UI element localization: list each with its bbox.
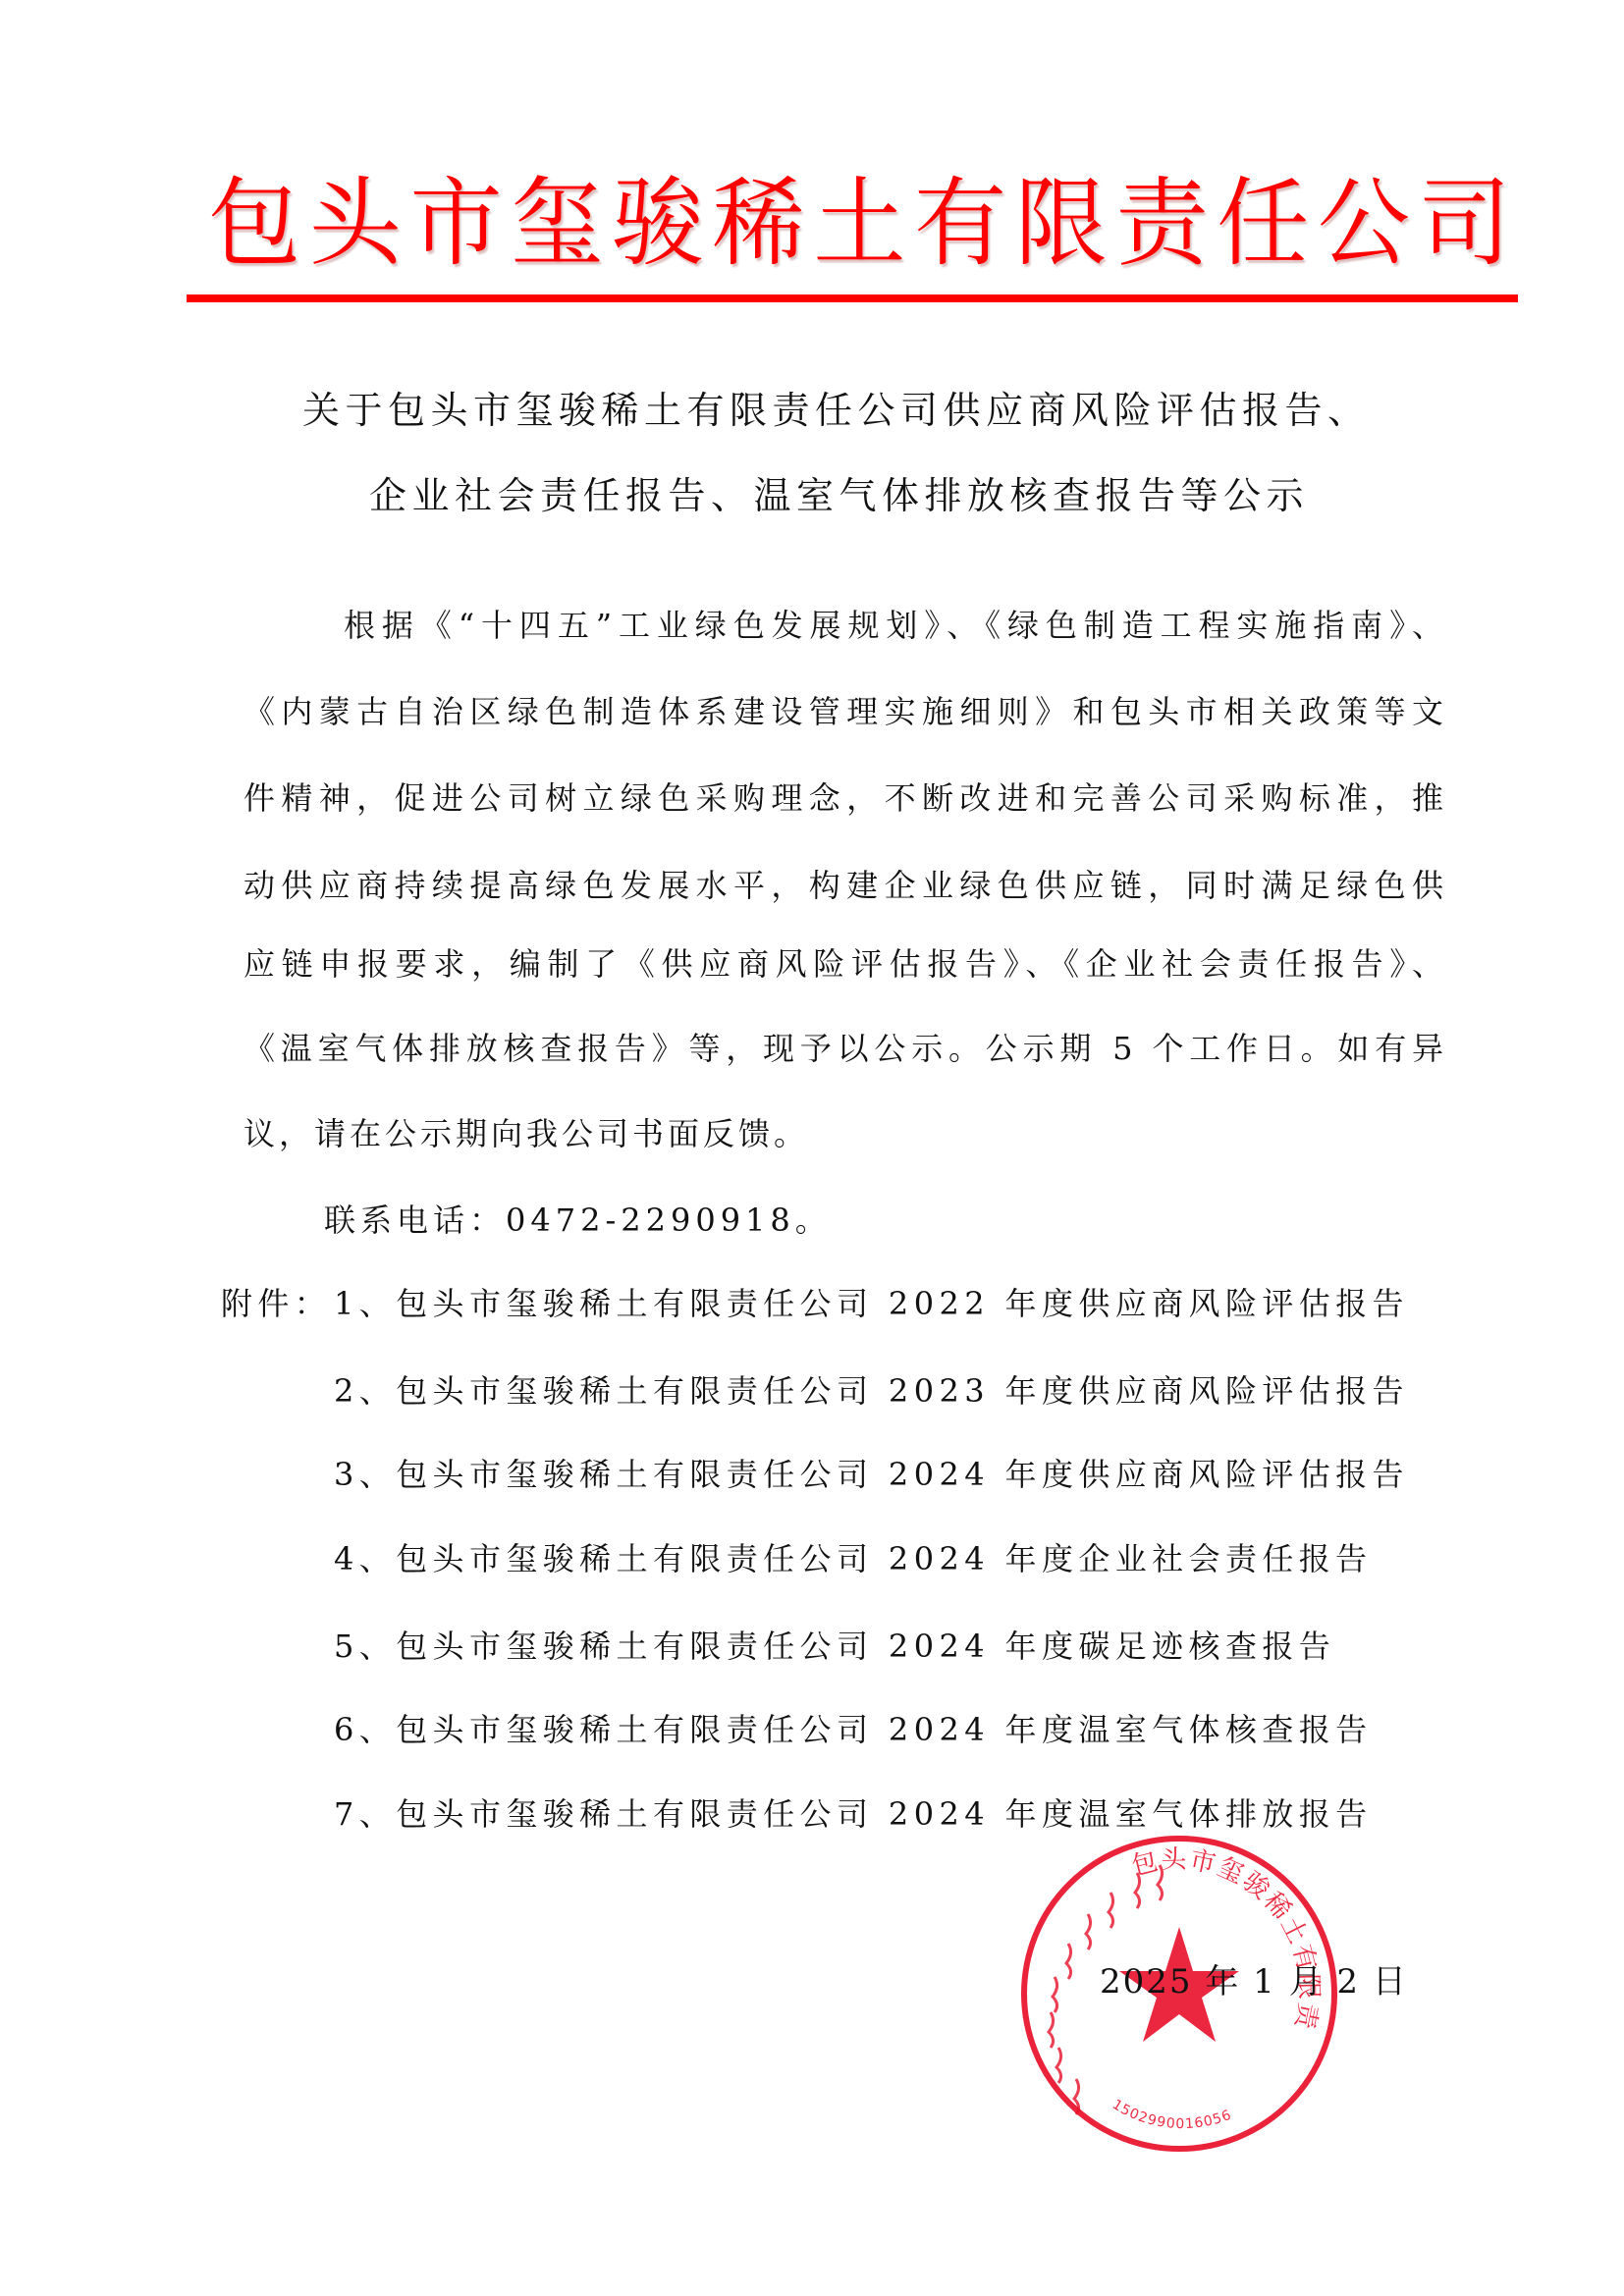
seal-code-text: 1502990016056 xyxy=(1110,2097,1234,2132)
attachment-item-4: 4、包头市玺骏稀土有限责任公司 2024 年度企业社会责任报告 xyxy=(334,1537,1373,1580)
body-line-3: 件精神，促进公司树立绿色采购理念，不断改进和完善公司采购标准，推 xyxy=(244,776,1447,820)
body-line-1: 根据《“十四五”工业绿色发展规划》、《绿色制造工程实施指南》、 xyxy=(344,604,1447,647)
body-line-5: 应链申报要求，编制了《供应商风险评估报告》、《企业社会责任报告》、 xyxy=(244,942,1447,986)
body-line-6: 《温室气体排放核查报告》等，现予以公示。公示期 5 个工作日。如有异 xyxy=(244,1027,1447,1070)
attachment-item-3: 3、包头市玺骏稀土有限责任公司 2024 年度供应商风险评估报告 xyxy=(334,1453,1409,1496)
notice-heading-line-2: 企业社会责任报告、温室气体排放核查报告等公示 xyxy=(369,472,1309,519)
attachment-item-1: 1、包头市玺骏稀土有限责任公司 2022 年度供应商风险评估报告 xyxy=(334,1282,1409,1325)
letterhead-company-name: 包头市玺骏稀土有限责任公司 xyxy=(208,165,1443,283)
attachments-label: 附件： xyxy=(221,1282,331,1325)
letterhead-red-rule xyxy=(187,294,1518,302)
contact-phone: 联系电话：0472-2290918。 xyxy=(324,1199,832,1242)
body-line-2: 《内蒙古自治区绿色制造体系建设管理实施细则》和包头市相关政策等文 xyxy=(244,690,1447,733)
notice-heading-line-1: 关于包头市玺骏稀土有限责任公司供应商风险评估报告、 xyxy=(302,387,1371,434)
attachment-item-5: 5、包头市玺骏稀土有限责任公司 2024 年度碳足迹核查报告 xyxy=(334,1625,1335,1668)
document-page: 包头市玺骏稀土有限责任公司 关于包头市玺骏稀土有限责任公司供应商风险评估报告、 … xyxy=(0,0,1624,2296)
body-line-7: 议，请在公示期向我公司书面反馈。 xyxy=(244,1112,1447,1155)
attachment-item-2: 2、包头市玺骏稀土有限责任公司 2023 年度供应商风险评估报告 xyxy=(334,1369,1409,1413)
notice-date: 2025 年 1 月 2 日 xyxy=(1100,1960,1408,2003)
attachment-item-6: 6、包头市玺骏稀土有限责任公司 2024 年度温室气体核查报告 xyxy=(334,1708,1373,1751)
body-line-4: 动供应商持续提高绿色发展水平，构建企业绿色供应链，同时满足绿色供 xyxy=(244,864,1447,907)
svg-text:1502990016056: 1502990016056 xyxy=(1110,2097,1234,2132)
attachment-item-7: 7、包头市玺骏稀土有限责任公司 2024 年度温室气体排放报告 xyxy=(334,1792,1373,1836)
